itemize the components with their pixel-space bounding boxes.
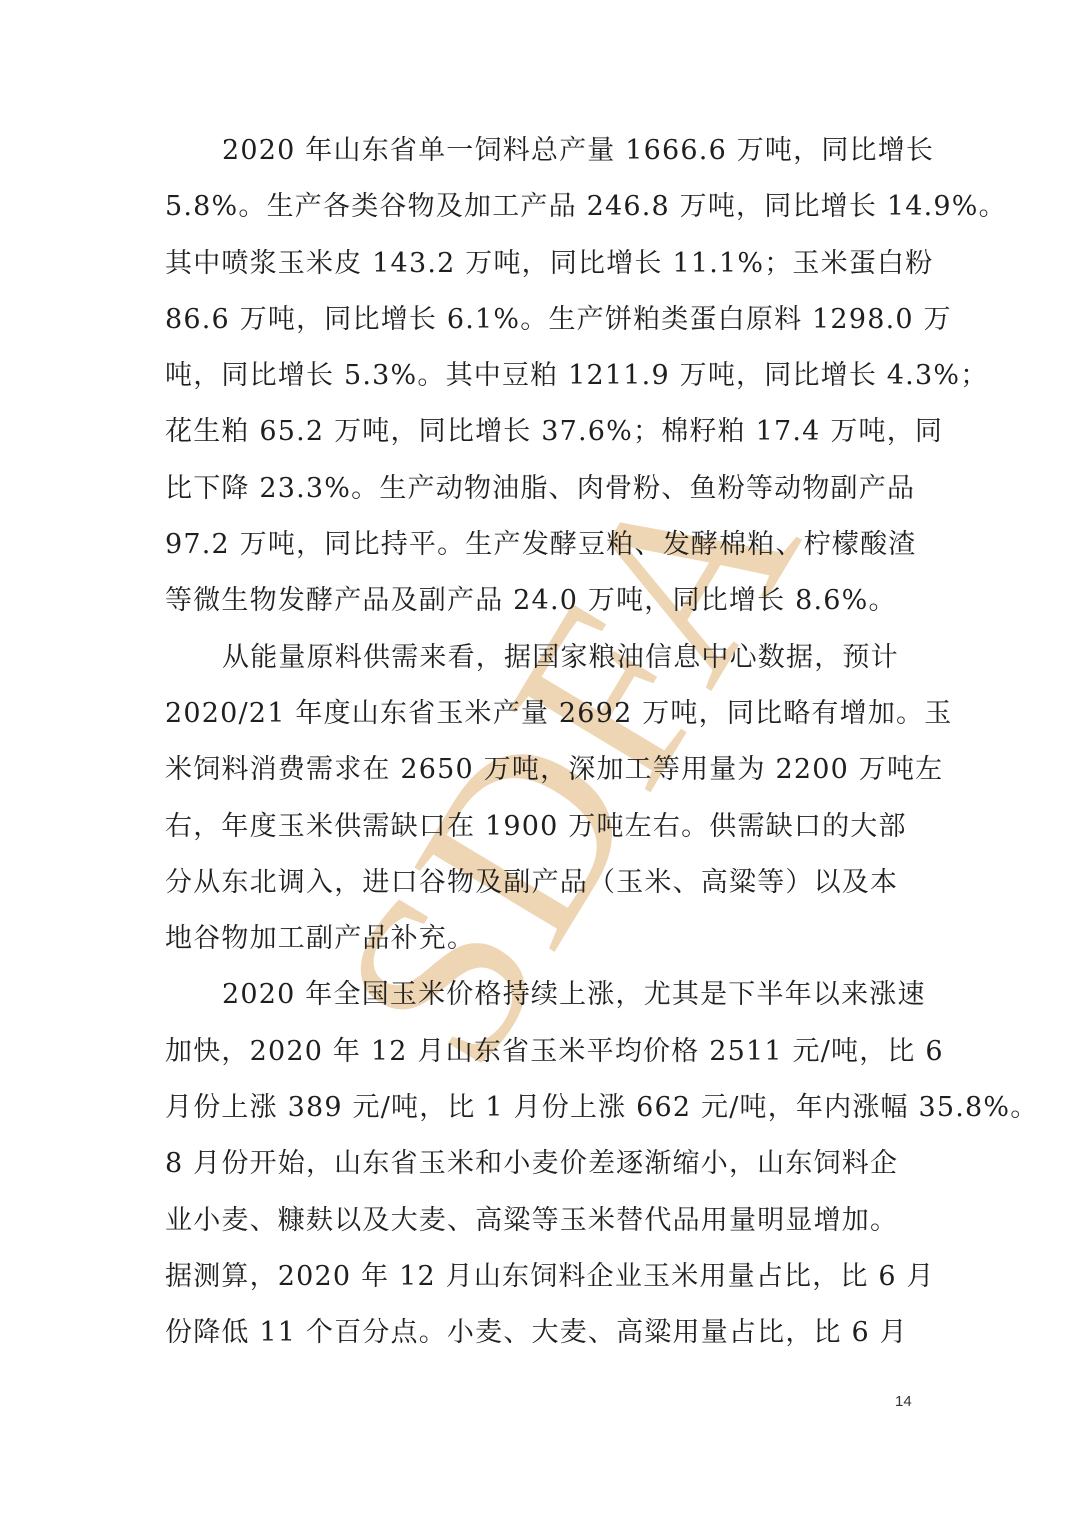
text-line: 2020 年全国玉米价格持续上涨，尤其是下半年以来涨速 xyxy=(165,967,920,1023)
text-line: 地谷物加工副产品补充。 xyxy=(165,911,920,967)
text-line: 2020 年山东省单一饲料总产量 1666.6 万吨，同比增长 xyxy=(165,123,920,179)
text-line: 从能量原料供需来看，据国家粮油信息中心数据，预计 xyxy=(165,630,920,686)
paragraph-corn-prices: 2020 年全国玉米价格持续上涨，尤其是下半年以来涨速 加快，2020 年 12… xyxy=(165,967,920,1361)
text-line: 等微生物发酵产品及副产品 24.0 万吨，同比增长 8.6%。 xyxy=(165,573,920,629)
text-line: 2020/21 年度山东省玉米产量 2692 万吨，同比略有增加。玉 xyxy=(165,686,920,742)
text-line: 吨，同比增长 5.3%。其中豆粕 1211.9 万吨，同比增长 4.3%； xyxy=(165,348,920,404)
text-line: 97.2 万吨，同比持平。生产发酵豆粕、发酵棉粕、柠檬酸渣 xyxy=(165,517,920,573)
text-line: 据测算，2020 年 12 月山东饲料企业玉米用量占比，比 6 月 xyxy=(165,1249,920,1305)
text-line: 月份上涨 389 元/吨，比 1 月份上涨 662 元/吨，年内涨幅 35.8%… xyxy=(165,1080,920,1136)
document-page: SDFA 2020 年山东省单一饲料总产量 1666.6 万吨，同比增长 5.8… xyxy=(0,0,1080,1527)
text-line: 分从东北调入，进口谷物及副产品（玉米、高粱等）以及本 xyxy=(165,855,920,911)
text-line: 右，年度玉米供需缺口在 1900 万吨左右。供需缺口的大部 xyxy=(165,799,920,855)
text-line: 业小麦、糠麸以及大麦、高粱等玉米替代品用量明显增加。 xyxy=(165,1193,920,1249)
paragraph-feed-production: 2020 年山东省单一饲料总产量 1666.6 万吨，同比增长 5.8%。生产各… xyxy=(165,123,920,630)
text-line: 86.6 万吨，同比增长 6.1%。生产饼粕类蛋白原料 1298.0 万 xyxy=(165,292,920,348)
text-line: 米饲料消费需求在 2650 万吨，深加工等用量为 2200 万吨左 xyxy=(165,742,920,798)
text-line: 份降低 11 个百分点。小麦、大麦、高粱用量占比，比 6 月 xyxy=(165,1305,920,1361)
text-line: 其中喷浆玉米皮 143.2 万吨，同比增长 11.1%；玉米蛋白粉 xyxy=(165,236,920,292)
text-line: 花生粕 65.2 万吨，同比增长 37.6%；棉籽粕 17.4 万吨，同 xyxy=(165,404,920,460)
text-line: 比下降 23.3%。生产动物油脂、肉骨粉、鱼粉等动物副产品 xyxy=(165,461,920,517)
paragraph-energy-supply-demand: 从能量原料供需来看，据国家粮油信息中心数据，预计 2020/21 年度山东省玉米… xyxy=(165,630,920,968)
text-line: 8 月份开始，山东省玉米和小麦价差逐渐缩小，山东饲料企 xyxy=(165,1136,920,1192)
text-line: 5.8%。生产各类谷物及加工产品 246.8 万吨，同比增长 14.9%。 xyxy=(165,179,920,235)
body-text: 2020 年山东省单一饲料总产量 1666.6 万吨，同比增长 5.8%。生产各… xyxy=(165,123,920,1362)
page-number: 14 xyxy=(895,1393,912,1410)
text-line: 加快，2020 年 12 月山东省玉米平均价格 2511 元/吨，比 6 xyxy=(165,1024,920,1080)
